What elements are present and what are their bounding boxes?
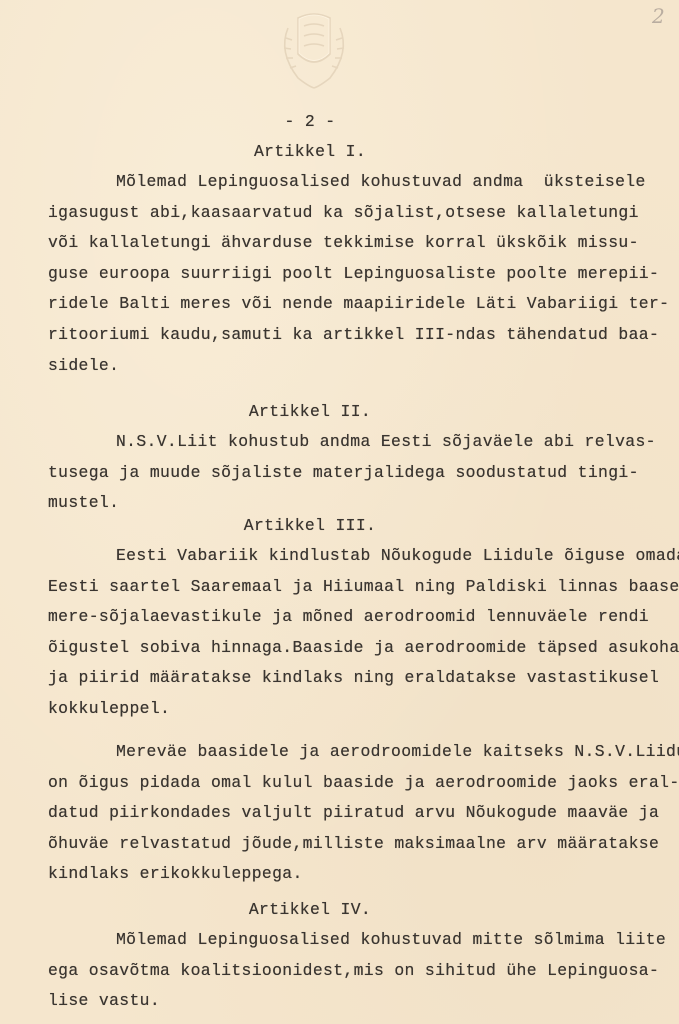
paragraph-line: Mõlemad Lepinguosalised kohustuvad mitte…	[116, 930, 666, 950]
paragraph-line: ja piirid määratakse kindlaks ning erald…	[48, 668, 659, 688]
paragraph-line: N.S.V.Liit kohustub andma Eesti sõjaväel…	[116, 432, 656, 452]
paragraph-line: on õigus pidada omal kulul baaside ja ae…	[48, 773, 679, 793]
paragraph-line: lise vastu.	[48, 991, 160, 1011]
paragraph-line: igasugust abi,kaasaarvatud ka sõjalist,o…	[48, 203, 639, 223]
paragraph-line: ega osavõtma koalitsioonidest,mis on sih…	[48, 961, 659, 981]
paragraph-line: datud piirkondades valjult piiratud arvu…	[48, 803, 659, 823]
paragraph-line: tusega ja muude sõjaliste materjalidega …	[48, 463, 639, 483]
paragraph-line: sidele.	[48, 356, 119, 376]
paragraph-line: kindlaks erikokkuleppega.	[48, 864, 303, 884]
paragraph-line: guse euroopa suurriigi poolt Lepinguosal…	[48, 264, 659, 284]
article-heading: Artikkel III.	[0, 516, 620, 536]
paragraph-line: Eesti saartel Saaremaal ja Hiiumaal ning…	[48, 577, 679, 597]
paragraph-line: Mõlemad Lepinguosalised kohustuvad andma…	[116, 172, 646, 192]
paragraph-line: mustel.	[48, 493, 119, 513]
article-heading: Artikkel IV.	[0, 900, 620, 920]
paragraph-line: õhuväe relvastatud jõude,milliste maksim…	[48, 834, 659, 854]
paragraph-line: Mereväe baasidele ja aerodroomidele kait…	[116, 742, 679, 762]
article-heading: Artikkel II.	[0, 402, 620, 422]
paragraph-line: Eesti Vabariik kindlustab Nõukogude Liid…	[116, 546, 679, 566]
paragraph-line: õigustel sobiva hinnaga.Baaside ja aerod…	[48, 638, 679, 658]
paragraph-line: kokkuleppel.	[48, 699, 170, 719]
paragraph-line: või kallaletungi ähvarduse tekkimise kor…	[48, 233, 639, 253]
embossed-emblem-icon	[268, 8, 360, 92]
paragraph-line: ritooriumi kaudu,samuti ka artikkel III-…	[48, 325, 659, 345]
folio-mark: 2	[652, 4, 665, 28]
article-heading: Artikkel I.	[0, 142, 620, 162]
page-number: - 2 -	[0, 112, 620, 132]
paragraph-line: ridele Balti meres või nende maapiiridel…	[48, 294, 669, 314]
paragraph-line: mere-sõjalaevastikule ja mõned aerodroom…	[48, 607, 649, 627]
